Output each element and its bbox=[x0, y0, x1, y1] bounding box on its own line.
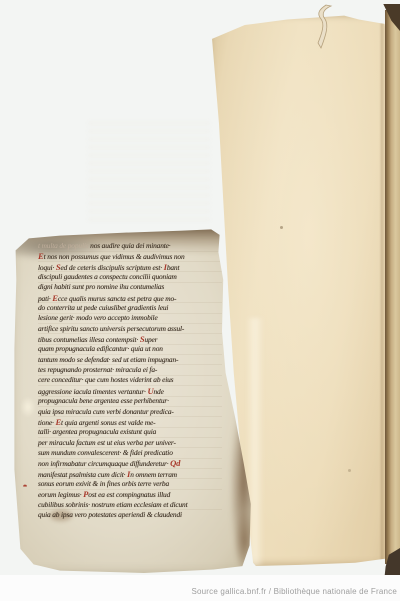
torn-tab bbox=[312, 3, 336, 56]
manuscript-line: talli· argentea propugnacula existunt qu… bbox=[38, 427, 222, 437]
manuscript-line: tibus contumelias illesa contempsit· Sup… bbox=[38, 334, 222, 344]
manuscript-line: t multa de populis nos audire quia dei m… bbox=[38, 241, 222, 251]
manuscript-line: quia ab ipsa vero potestates aperiendi &… bbox=[38, 510, 222, 520]
manuscript-line: cubilibus sobrinis· nostrum etiam eccles… bbox=[38, 500, 222, 510]
manuscript-line: loqui· Sed de ceteris discipulis scriptu… bbox=[38, 262, 222, 272]
manuscript-line: eorum legimus· Post ea est compingnatus … bbox=[38, 489, 222, 499]
manuscript-line: lesione gerit· modo vero accepto immobil… bbox=[38, 313, 222, 323]
manuscript-line: propugnacula bene argentea esse perhiben… bbox=[38, 396, 222, 406]
marginal-mark: ** bbox=[23, 484, 26, 491]
manuscript-line: tantum modo se defendat· sed ut etiam im… bbox=[38, 355, 222, 365]
manuscript-line: tes repugnando prosternat· miracula ei f… bbox=[38, 365, 222, 375]
attribution-bar: Source gallica.bnf.fr / Bibliothèque nat… bbox=[0, 575, 400, 601]
manuscript-line: aggressione iacula timentes vertantur· U… bbox=[38, 386, 222, 396]
manuscript-text-block: t multa de populis nos audire quia dei m… bbox=[38, 241, 222, 520]
manuscript-line: tione· Et quia argenti sonus est valde m… bbox=[38, 417, 222, 427]
manuscript-line: cere conceditur· que cum hostes viderint… bbox=[38, 375, 222, 385]
manuscript-line: per miracula factum est ut eius verba pe… bbox=[38, 438, 222, 448]
manuscript-line: pati· Ecce qualis murus sancta est petra… bbox=[38, 293, 222, 303]
manuscript-line: discipuli gaudentes a conspectu concilii… bbox=[38, 272, 222, 282]
manuscript-line: sonus eorum exivit & in fines orbis terr… bbox=[38, 479, 222, 489]
manuscript-line: do conterrita ut pede cuiuslibet gradien… bbox=[38, 303, 222, 313]
book-fore-edge bbox=[385, 10, 400, 564]
page-speck bbox=[348, 469, 351, 472]
parchment-flaw bbox=[20, 396, 36, 418]
manuscript-line: manifestat psalmista cum dicit· In omnem… bbox=[38, 469, 222, 479]
manuscript-line: artifice spiritu sancto universis persec… bbox=[38, 324, 222, 334]
manuscript-line: quam propugnacula edificantur· quia ut n… bbox=[38, 344, 222, 354]
attribution-text: Source gallica.bnf.fr / Bibliothèque nat… bbox=[191, 587, 397, 596]
manuscript-line: digni habiti sunt pro nomine ihu contume… bbox=[38, 282, 222, 292]
manuscript-line: non infirmabatur circumquaque diffundere… bbox=[38, 458, 222, 468]
manuscript-line: Et nos non possumus que vidimus & audivi… bbox=[38, 251, 222, 261]
manuscript-leaf: t multa de populis nos audire quia dei m… bbox=[12, 228, 252, 573]
manuscript-line: quia ipsa miracula cum verbi donantur pr… bbox=[38, 407, 222, 417]
text-show-through bbox=[88, 116, 210, 226]
scan-photo: t multa de populis nos audire quia dei m… bbox=[0, 0, 400, 601]
manuscript-line: sum mundum convalescerent· & fidei predi… bbox=[38, 448, 222, 458]
page-speck bbox=[280, 226, 283, 229]
